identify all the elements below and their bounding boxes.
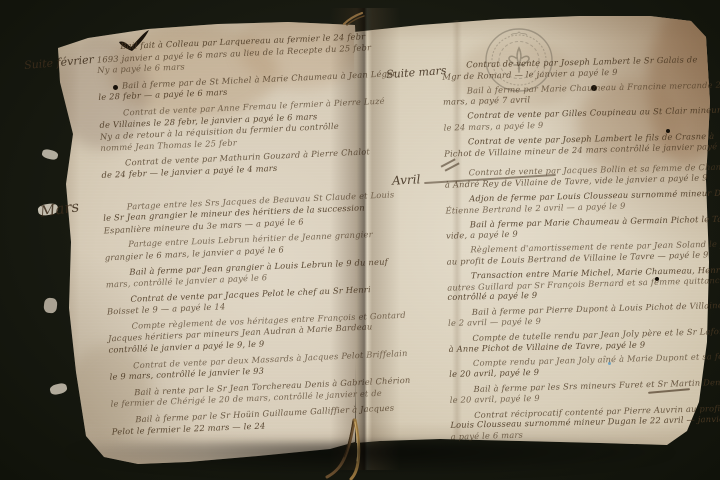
torn-paper-fiber [41,148,59,161]
right-page-text: Contrat de vente par Joseph Lambert le S… [442,50,720,442]
binding-thread-top [340,10,366,26]
left-page-text: Bail fait à Colleau par Larquereau au fe… [96,28,372,438]
margin-note-avril: Avril [392,172,421,187]
manuscript-photo: Bail fait à Colleau par Larquereau au fe… [0,0,720,480]
torn-paper-fiber [49,382,68,396]
book-shadow [60,442,680,476]
torn-paper-fiber [43,297,57,313]
